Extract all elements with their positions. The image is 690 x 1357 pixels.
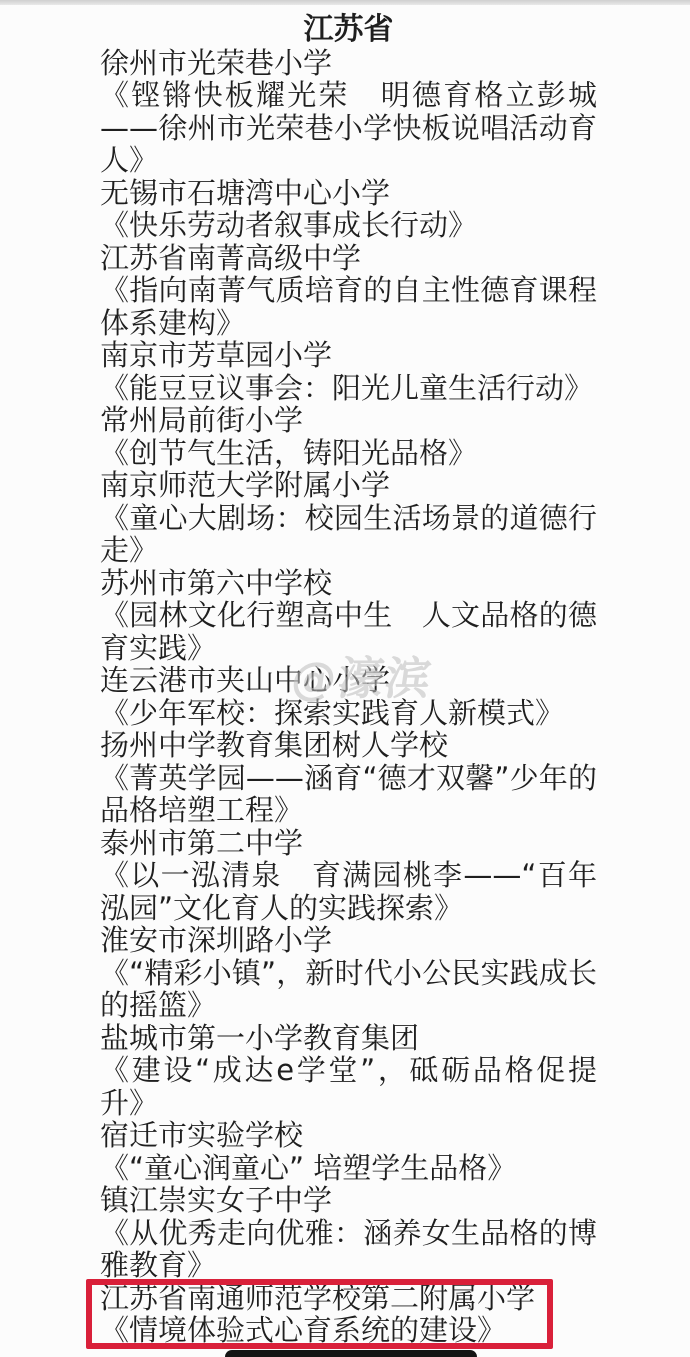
screenshot-top-strip [0,0,690,5]
entry: 镇江崇实女子中学 《从优秀走向优雅：涵养女生品格的博雅教育》 [100,1184,597,1282]
entry: 常州局前街小学 《创节气生活，铸阳光品格》 [100,404,597,469]
school-name: 徐州市光荣巷小学 [100,47,597,80]
project-title: 《园林文化行塑高中生 人文品格的德育实践》 [100,599,597,664]
project-title: 《铿锵快板耀光荣 明德育格立彭城——徐州市光荣巷小学快板说唱活动育人》 [100,79,597,177]
school-name: 南京师范大学附属小学 [100,469,597,502]
project-title: 《以一泓清泉 育满园桃李——“百年泓园”文化育人的实践探索》 [100,859,597,924]
entry: 徐州市光荣巷小学 《铿锵快板耀光荣 明德育格立彭城——徐州市光荣巷小学快板说唱活… [100,47,597,177]
entry: 苏州市第六中学校 《园林文化行塑高中生 人文品格的德育实践》 [100,567,597,665]
school-name: 宿迁市实验学校 [100,1119,597,1152]
entry: 泰州市第二中学 《以一泓清泉 育满园桃李——“百年泓园”文化育人的实践探索》 [100,827,597,925]
project-title: 《情境体验式心育系统的建设》 [100,1314,597,1347]
document-content: 江苏省 徐州市光荣巷小学 《铿锵快板耀光荣 明德育格立彭城——徐州市光荣巷小学快… [100,14,597,1347]
school-name: 无锡市石塘湾中心小学 [100,177,597,210]
entry: 扬州中学教育集团树人学校 《菁英学园——涵育“德才双馨”少年的品格培塑工程》 [100,729,597,827]
project-title: 《童心大剧场：校园生活场景的道德行走》 [100,502,597,567]
school-name: 镇江崇实女子中学 [100,1184,597,1217]
entry: 江苏省南菁高级中学 《指向南菁气质培育的自主性德育课程体系建构》 [100,242,597,340]
school-name: 连云港市夹山中心小学 [100,664,597,697]
entry: 连云港市夹山中心小学 《少年军校：探索实践育人新模式》 [100,664,597,729]
project-title: 《建设“成达e学堂”，砥砺品格促提升》 [100,1054,597,1119]
school-name: 淮安市深圳路小学 [100,924,597,957]
school-name: 扬州中学教育集团树人学校 [100,729,597,762]
entry: 江苏省南通师范学校第二附属小学 《情境体验式心育系统的建设》 [100,1282,597,1347]
project-title: 《少年军校：探索实践育人新模式》 [100,697,597,730]
page-title: 江苏省 [100,14,597,47]
project-title: 《“精彩小镇”，新时代小公民实践成长的摇篮》 [100,957,597,1022]
school-name: 盐城市第一小学教育集团 [100,1022,597,1055]
entry: 南京师范大学附属小学 《童心大剧场：校园生活场景的道德行走》 [100,469,597,567]
school-name: 泰州市第二中学 [100,827,597,860]
school-name: 南京市芳草园小学 [100,339,597,372]
project-title: 《快乐劳动者叙事成长行动》 [100,209,597,242]
school-name: 常州局前街小学 [100,404,597,437]
school-name: 苏州市第六中学校 [100,567,597,600]
entry: 无锡市石塘湾中心小学 《快乐劳动者叙事成长行动》 [100,177,597,242]
next-section-edge [225,1350,477,1357]
entry: 宿迁市实验学校 《“童心润童心” 培塑学生品格》 [100,1119,597,1184]
entry: 淮安市深圳路小学 《“精彩小镇”，新时代小公民实践成长的摇篮》 [100,924,597,1022]
entry: 南京市芳草园小学 《能豆豆议事会：阳光儿童生活行动》 [100,339,597,404]
entry: 盐城市第一小学教育集团 《建设“成达e学堂”，砥砺品格促提升》 [100,1022,597,1120]
school-name: 江苏省南菁高级中学 [100,242,597,275]
project-title: 《指向南菁气质培育的自主性德育课程体系建构》 [100,274,597,339]
project-title: 《菁英学园——涵育“德才双馨”少年的品格培塑工程》 [100,762,597,827]
project-title: 《创节气生活，铸阳光品格》 [100,437,597,470]
school-name: 江苏省南通师范学校第二附属小学 [100,1282,597,1315]
project-title: 《从优秀走向优雅：涵养女生品格的博雅教育》 [100,1217,597,1282]
entry-list: 徐州市光荣巷小学 《铿锵快板耀光荣 明德育格立彭城——徐州市光荣巷小学快板说唱活… [100,47,597,1347]
project-title: 《“童心润童心” 培塑学生品格》 [100,1152,597,1185]
project-title: 《能豆豆议事会：阳光儿童生活行动》 [100,372,597,405]
